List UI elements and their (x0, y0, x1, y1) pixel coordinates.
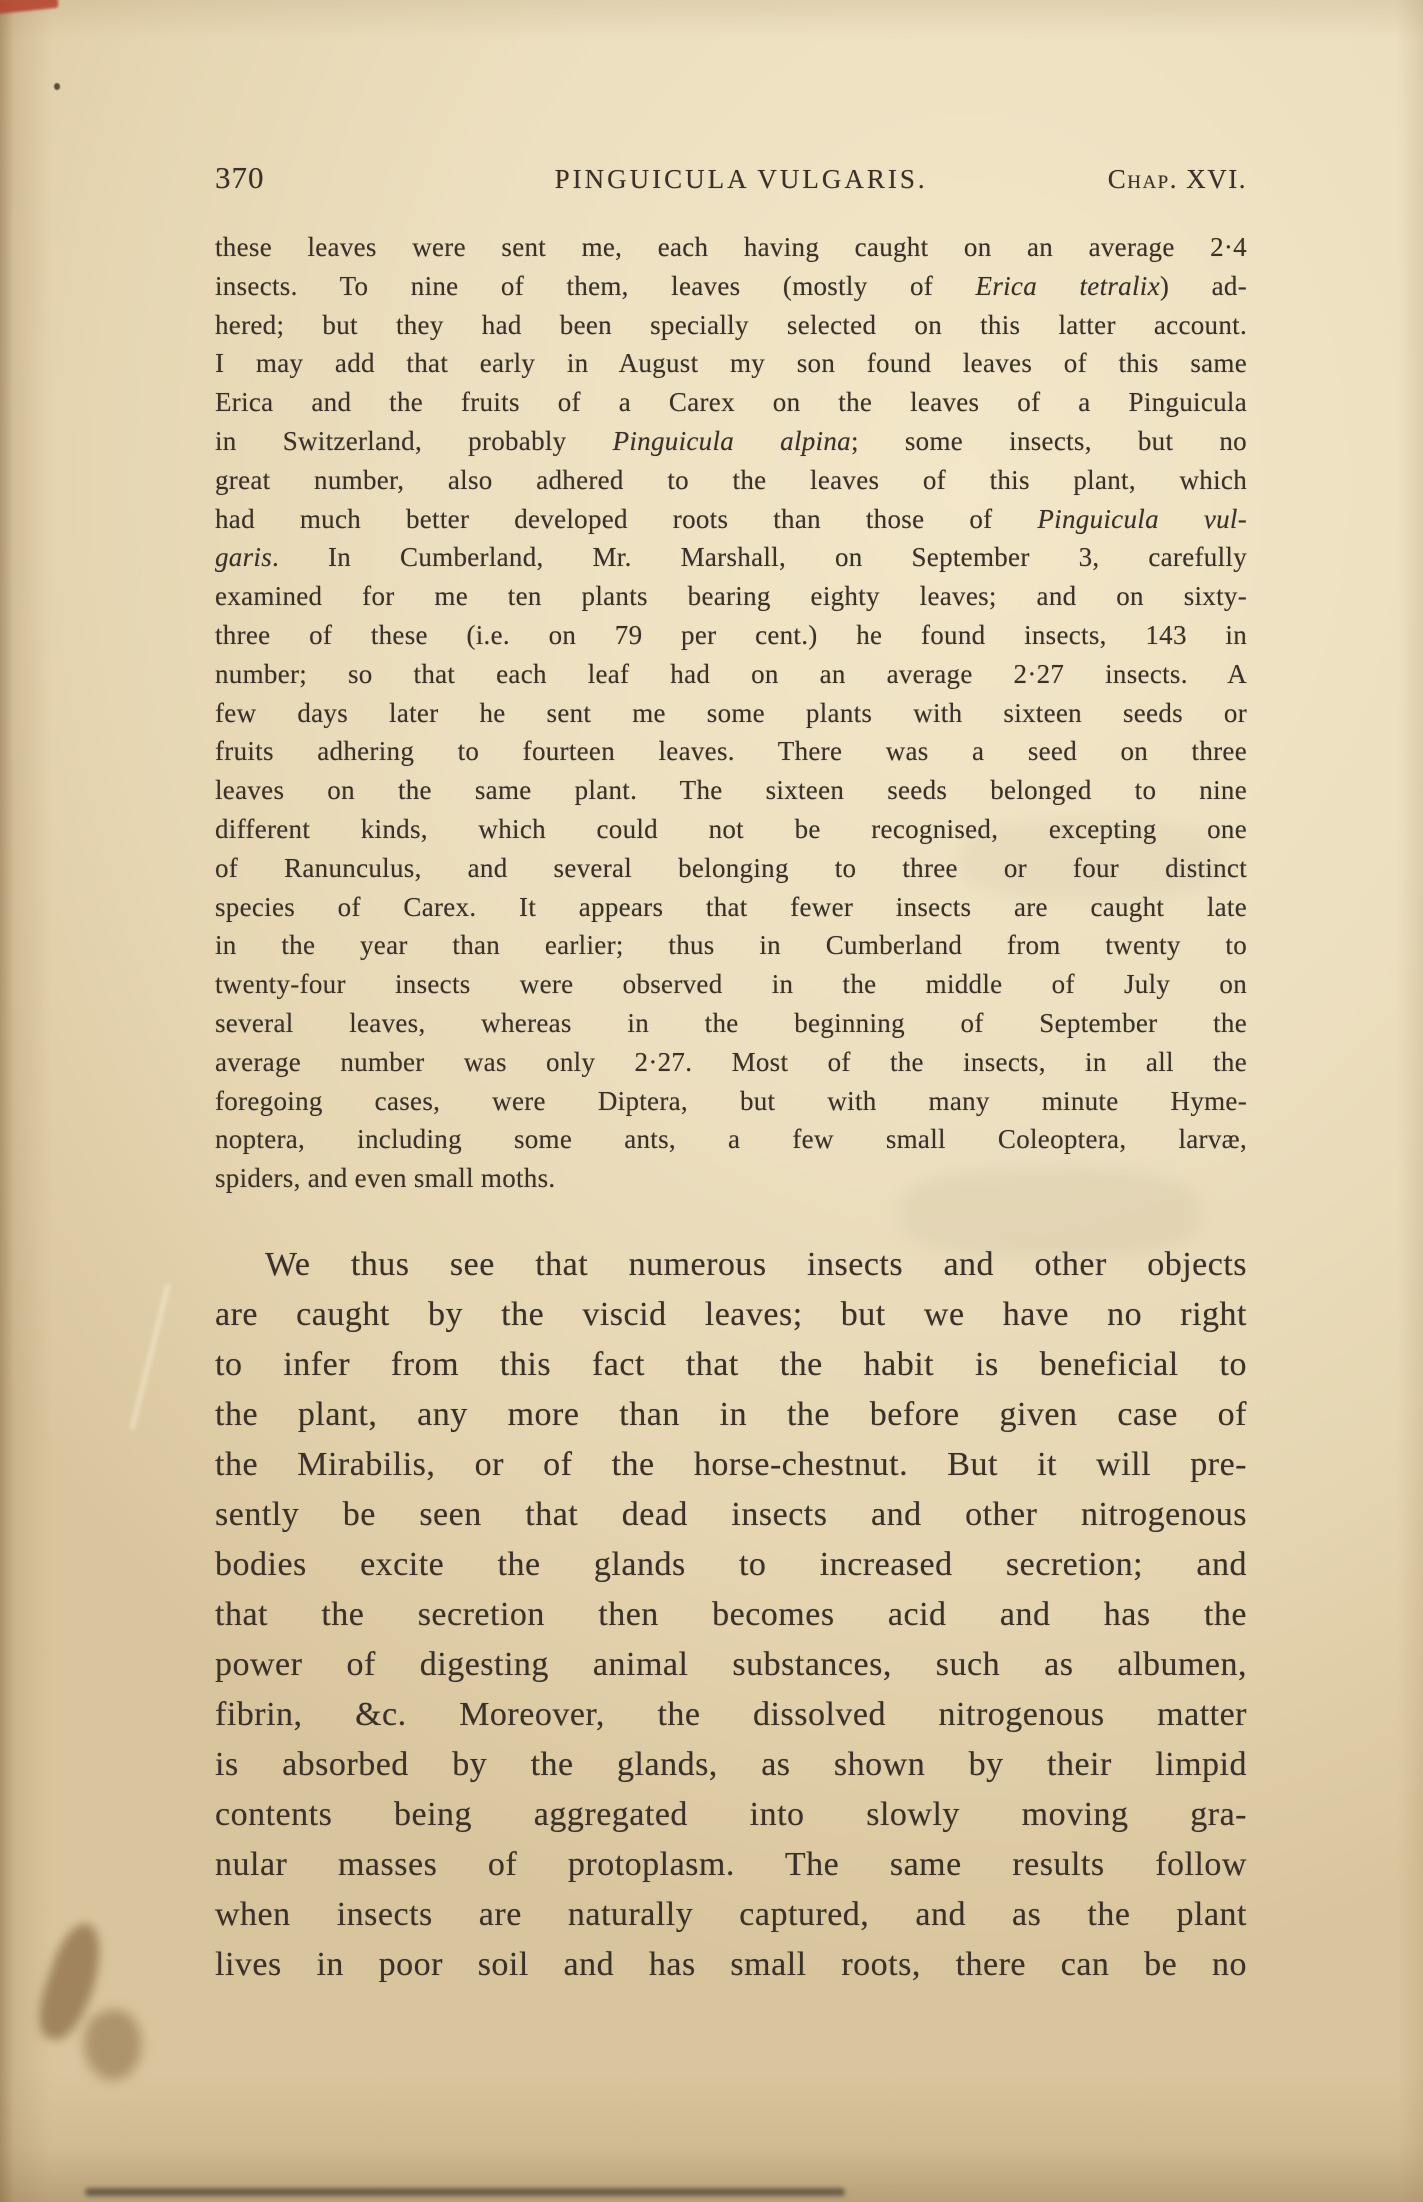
text-line: is absorbed by the glands, as shown by t… (215, 1740, 1247, 1790)
bottom-edge-shadow (85, 2188, 845, 2196)
red-corner-mark (0, 0, 59, 14)
page-number: 370 (215, 160, 265, 196)
page-crease (130, 1284, 170, 1431)
stain-bottom-left (31, 1918, 112, 2046)
text-line: three of these (i.e. on 79 per cent.) he… (215, 616, 1247, 655)
text-line: average number was only 2·27. Most of th… (215, 1043, 1247, 1082)
text-line: Erica and the fruits of a Carex on the l… (215, 383, 1247, 422)
paragraph-2: We thus see that numerous insects and ot… (215, 1240, 1247, 1990)
text-line: noptera, including some ants, a few smal… (215, 1120, 1247, 1159)
text-line: power of digesting animal substances, su… (215, 1640, 1247, 1690)
text-line: leaves on the same plant. The sixteen se… (215, 771, 1247, 810)
text-line: sently be seen that dead insects and oth… (215, 1490, 1247, 1540)
text-line: examined for me ten plants bearing eight… (215, 577, 1247, 616)
text-line: in the year than earlier; thus in Cumber… (215, 926, 1247, 965)
stain-bottom-left (77, 2005, 148, 2086)
text-line: in Switzerland, probably Pinguicula alpi… (215, 422, 1247, 461)
text-line: that the secretion then becomes acid and… (215, 1590, 1247, 1640)
text-line: different kinds, which could not be reco… (215, 810, 1247, 849)
paragraph-1: these leaves were sent me, each having c… (215, 228, 1247, 1198)
text-line: fruits adhering to fourteen leaves. Ther… (215, 732, 1247, 771)
text-line: several leaves, whereas in the beginning… (215, 1004, 1247, 1043)
text-line: contents being aggregated into slowly mo… (215, 1790, 1247, 1840)
text-line: few days later he sent me some plants wi… (215, 694, 1247, 733)
text-line: of Ranunculus, and several belonging to … (215, 849, 1247, 888)
text-line: I may add that early in August my son fo… (215, 344, 1247, 383)
ink-speck (54, 83, 60, 90)
text-line: number; so that each leaf had on an aver… (215, 655, 1247, 694)
text-line: garis. In Cumberland, Mr. Marshall, on S… (215, 538, 1247, 577)
text-line: fibrin, &c. Moreover, the dissolved nitr… (215, 1690, 1247, 1740)
text-line: species of Carex. It appears that fewer … (215, 888, 1247, 927)
book-page-scan: 370 PINGUICULA VULGARIS. Chap. XVI. thes… (0, 0, 1423, 2202)
text-line: the Mirabilis, or of the horse-chestnut.… (215, 1440, 1247, 1490)
text-line: when insects are naturally captured, and… (215, 1890, 1247, 1940)
text-line: hered; but they had been specially selec… (215, 306, 1247, 345)
text-line: the plant, any more than in the before g… (215, 1390, 1247, 1440)
text-line: twenty-four insects were observed in the… (215, 965, 1247, 1004)
chapter-label: Chap. XVI. (1108, 164, 1247, 195)
text-line: these leaves were sent me, each having c… (215, 228, 1247, 267)
text-line: foregoing cases, were Diptera, but with … (215, 1082, 1247, 1121)
text-line: lives in poor soil and has small roots, … (215, 1940, 1247, 1990)
text-line: nular masses of protoplasm. The same res… (215, 1840, 1247, 1890)
text-line: had much better developed roots than tho… (215, 500, 1247, 539)
text-line: to infer from this fact that the habit i… (215, 1340, 1247, 1390)
text-line: We thus see that numerous insects and ot… (215, 1240, 1247, 1290)
text-line: insects. To nine of them, leaves (mostly… (215, 267, 1247, 306)
text-line: bodies excite the glands to increased se… (215, 1540, 1247, 1590)
page-header: 370 PINGUICULA VULGARIS. Chap. XVI. (215, 160, 1247, 196)
text-line: spiders, and even small moths. (215, 1159, 1247, 1198)
text-line: great number, also adhered to the leaves… (215, 461, 1247, 500)
running-title: PINGUICULA VULGARIS. (555, 164, 928, 195)
text-line: are caught by the viscid leaves; but we … (215, 1290, 1247, 1340)
